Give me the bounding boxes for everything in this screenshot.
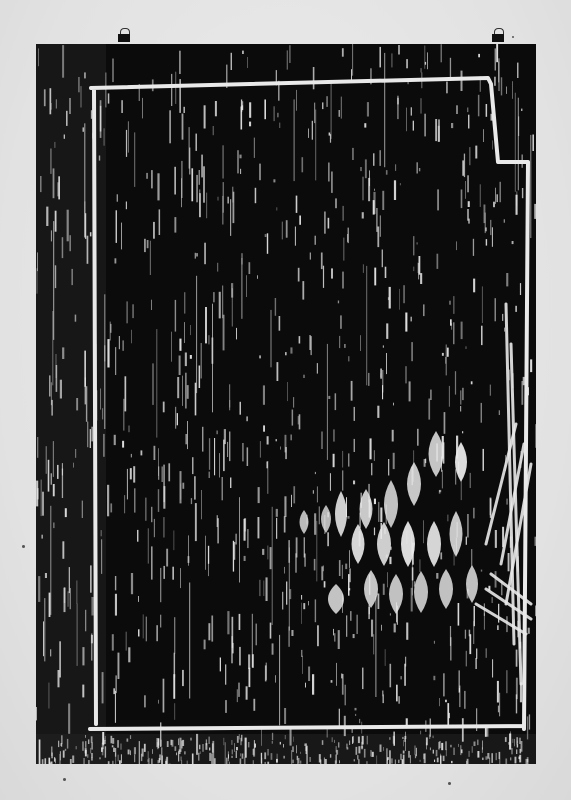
wall-speck [22, 545, 25, 548]
binder-clip-left [117, 28, 131, 42]
wall-speck [512, 36, 514, 38]
woodcut-artwork [36, 44, 536, 764]
wall-speck [448, 782, 451, 785]
woodcut-print [36, 44, 536, 764]
wall-speck [63, 778, 66, 781]
binder-clip-right [491, 28, 505, 42]
